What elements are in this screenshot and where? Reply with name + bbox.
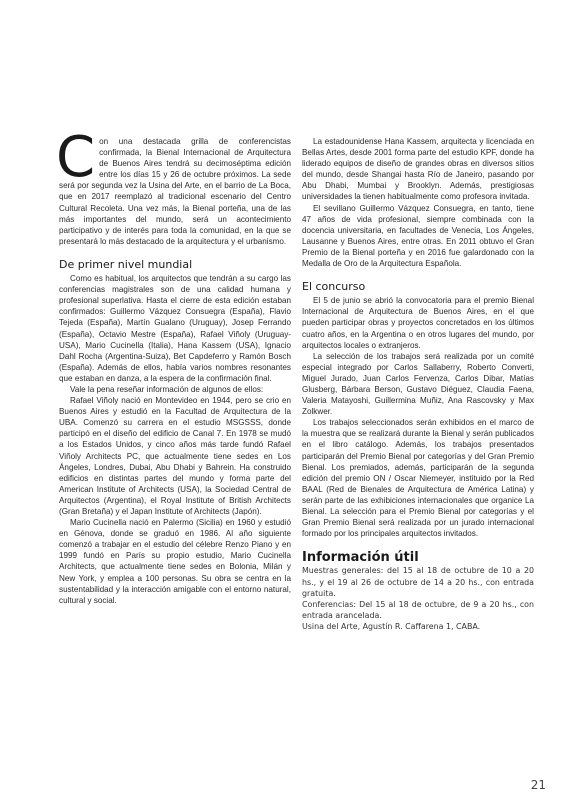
body-paragraph: Mario Cucinella nació en Palermo (Sicili… (59, 517, 291, 606)
body-paragraph: Los trabajos seleccionados serán exhibid… (302, 417, 534, 539)
section-heading-primer-nivel: De primer nivel mundial (59, 259, 291, 270)
info-box: Muestras generales: del 15 al 18 de octu… (302, 565, 534, 632)
body-paragraph: Rafael Viñoly nació en Montevideo en 194… (59, 395, 291, 517)
body-paragraph: El sevillano Guillermo Vázquez Consuegra… (302, 203, 534, 270)
body-paragraph: La estadounidense Hana Kassem, arquitect… (302, 136, 534, 203)
body-paragraph: Como es habitual, los arquitectos que te… (59, 273, 291, 384)
magazine-page: Con una destacada grilla de conferencist… (0, 0, 576, 807)
intro-paragraph: Con una destacada grilla de conferencist… (59, 136, 291, 247)
info-line-muestras: Muestras generales: del 15 al 18 de octu… (302, 565, 534, 599)
section-heading-informacion-util: Información útil (302, 552, 534, 563)
right-column: La estadounidense Hana Kassem, arquitect… (302, 136, 534, 633)
info-line-conferencias: Conferencias: Del 15 al 18 de octubre, d… (302, 599, 534, 621)
info-line-address: Usina del Arte, Agustín R. Caffarena 1, … (302, 621, 534, 632)
page-number: 21 (531, 778, 546, 792)
left-column: Con una destacada grilla de conferencist… (59, 136, 291, 606)
section-heading-concurso: El concurso (302, 281, 534, 292)
drop-cap: C (56, 138, 95, 176)
body-paragraph: La selección de los trabajos será realiz… (302, 351, 534, 418)
body-paragraph: El 5 de junio se abrió la convocatoria p… (302, 295, 534, 350)
body-paragraph: Vale la pena reseñar información de algu… (59, 384, 291, 395)
